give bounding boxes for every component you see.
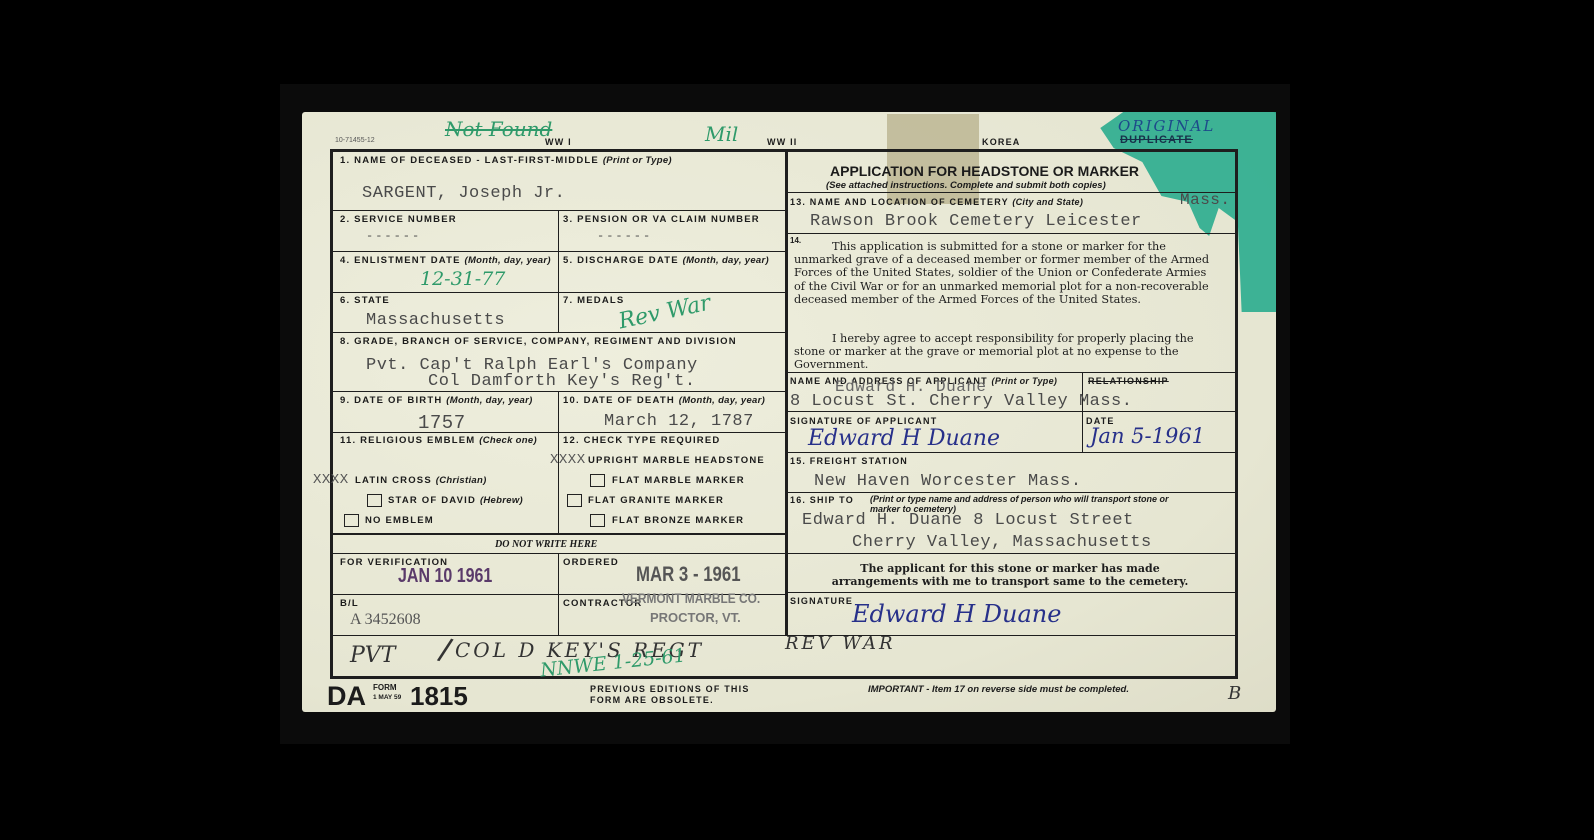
application-date: Jan 5-1961 [1090,424,1205,448]
frame-right [1235,149,1238,679]
death-date-value: March 12, 1787 [604,412,754,431]
applicant-signature: Edward H Duane [808,426,1000,451]
applicant-signature-label: SIGNATURE OF APPLICANT [790,416,937,426]
field9-label: 9. DATE OF BIRTH (Month, day, year) [340,395,533,406]
footer-obsolete-1: PREVIOUS EDITIONS OF THIS [590,684,750,694]
star-of-david-checkbox[interactable] [367,494,382,507]
original-handwritten: ORIGINAL [1118,117,1215,135]
bl-label: B/L [340,598,359,609]
birth-date-value: 1757 [418,412,466,434]
option-flat-bronze-marker[interactable]: FLAT BRONZE MARKER [612,515,744,526]
footer-agency: DA [327,681,366,712]
rule [788,233,1235,234]
freight-station-value: New Haven Worcester Mass. [814,472,1082,491]
field7-label: 7. MEDALS [563,295,624,306]
rule [788,192,1235,193]
field2-label: 2. SERVICE NUMBER [340,214,457,225]
header-korea: KOREA [982,137,1021,147]
footer-edition: 1 MAY 59 [373,694,401,701]
header-ww2: WW II [767,137,798,147]
handwritten-not-found: Not Found [445,117,552,141]
upright-headstone-mark: XXXX [550,452,586,468]
field3-label: 3. PENSION OR VA CLAIM NUMBER [563,214,760,225]
rule [788,411,1235,412]
frame-center-divider [785,149,788,636]
contractor-name: VERMONT MARBLE CO. [622,590,760,606]
rule [788,452,1235,453]
rule [788,553,1235,554]
no-emblem-checkbox[interactable] [344,514,359,527]
form-title: APPLICATION FOR HEADSTONE OR MARKER [830,163,1139,179]
service-line2: Col Damforth Key's Reg't. [428,372,696,391]
field16-label: 16. SHIP TO [790,495,854,505]
frame-top [330,149,1238,152]
service-number-value: ------ [366,229,421,243]
transport-statement: The applicant for this stone or marker h… [820,562,1200,588]
verification-stamp: JAN 10 1961 [398,565,492,588]
rule [558,210,559,332]
field13-label: 13. NAME AND LOCATION OF CEMETERY (City … [790,197,1083,207]
option-flat-granite-marker[interactable]: FLAT GRANITE MARKER [588,495,724,506]
field4-label: 4. ENLISTMENT DATE (Month, day, year) [340,255,551,266]
cemetery-value: Rawson Brook Cemetery Leicester [810,212,1142,231]
applicant-address: 8 Locust St. Cherry Valley Mass. [790,392,1132,411]
rule [333,210,785,211]
footer-copy-letter: B [1228,683,1241,704]
frame-left [330,149,333,679]
rule [333,553,785,554]
state-value: Massachusetts [366,311,505,330]
footer-form-word: FORM [373,683,397,692]
rule [333,251,785,252]
field14-paragraph2: I hereby agree to accept responsibility … [794,332,1219,372]
flat-marble-checkbox[interactable] [590,474,605,487]
transport-signature-label: SIGNATURE [790,596,853,606]
rule [333,391,785,392]
field10-label: 10. DATE OF DEATH (Month, day, year) [563,395,765,406]
rule [558,553,559,635]
ordered-label: ORDERED [563,557,619,568]
rule [788,592,1235,593]
rule [333,533,785,535]
cemetery-state: Mass. [1180,191,1231,209]
rule [333,432,785,433]
inscription-grade: PVT [350,643,395,668]
deceased-name-value: SARGENT, Joseph Jr. [362,184,565,203]
footer-important: IMPORTANT - Item 17 on reverse side must… [868,684,1129,695]
field8-label: 8. GRADE, BRANCH OF SERVICE, COMPANY, RE… [340,336,737,347]
rule [788,492,1235,493]
ship-to-line2: Cherry Valley, Massachusetts [852,533,1152,552]
do-not-write-header: DO NOT WRITE HERE [495,539,597,550]
form-subtitle: (See attached instructions. Complete and… [826,180,1106,191]
field14-paragraph1: This application is submitted for a ston… [794,240,1219,306]
relationship-label: RELATIONSHIP [1088,376,1169,386]
field6-label: 6. STATE [340,295,390,306]
field15-label: 15. FREIGHT STATION [790,456,908,466]
footer-obsolete-2: FORM ARE OBSOLETE. [590,695,714,705]
bl-value: A 3452608 [350,611,421,629]
footer-form-number: 1815 [410,681,468,712]
field5-label: 5. DISCHARGE DATE (Month, day, year) [563,255,769,266]
contractor-location: PROCTOR, VT. [650,610,741,625]
header-ww1: WW I [545,137,572,147]
ship-to-line1: Edward H. Duane 8 Locust Street [802,511,1134,530]
form-code: 10-71455-12 [335,137,375,144]
field11-label: 11. RELIGIOUS EMBLEM (Check one) [340,435,537,446]
option-upright-marble-headstone[interactable]: UPRIGHT MARBLE HEADSTONE [588,455,765,466]
flat-granite-checkbox[interactable] [567,494,582,507]
option-no-emblem[interactable]: NO EMBLEM [365,515,434,526]
option-star-of-david[interactable]: STAR OF DAVID (Hebrew) [388,495,523,506]
latin-cross-mark: XXXX [313,472,349,488]
option-flat-marble-marker[interactable]: FLAT MARBLE MARKER [612,475,745,486]
rule [1082,372,1083,452]
transport-signature: Edward H Duane [852,600,1061,628]
inscription-war: REV WAR [785,633,896,654]
duplicate-struck: DUPLICATE [1120,134,1193,146]
frame-bottom [330,676,1238,679]
rule [788,372,1235,373]
ordered-stamp: MAR 3 - 1961 [636,563,741,587]
rule [333,635,1235,636]
handwritten-mil: Mil [705,122,738,146]
flat-bronze-checkbox[interactable] [590,514,605,527]
enlistment-date-value: 12-31-77 [420,268,505,290]
rule [333,332,785,333]
rule [333,292,785,293]
field1-label: 1. NAME OF DECEASED - LAST-FIRST-MIDDLE … [340,155,672,166]
option-latin-cross[interactable]: LATIN CROSS (Christian) [355,475,487,486]
field12-label: 12. CHECK TYPE REQUIRED [563,435,720,446]
claim-number-value: ------ [597,229,652,243]
